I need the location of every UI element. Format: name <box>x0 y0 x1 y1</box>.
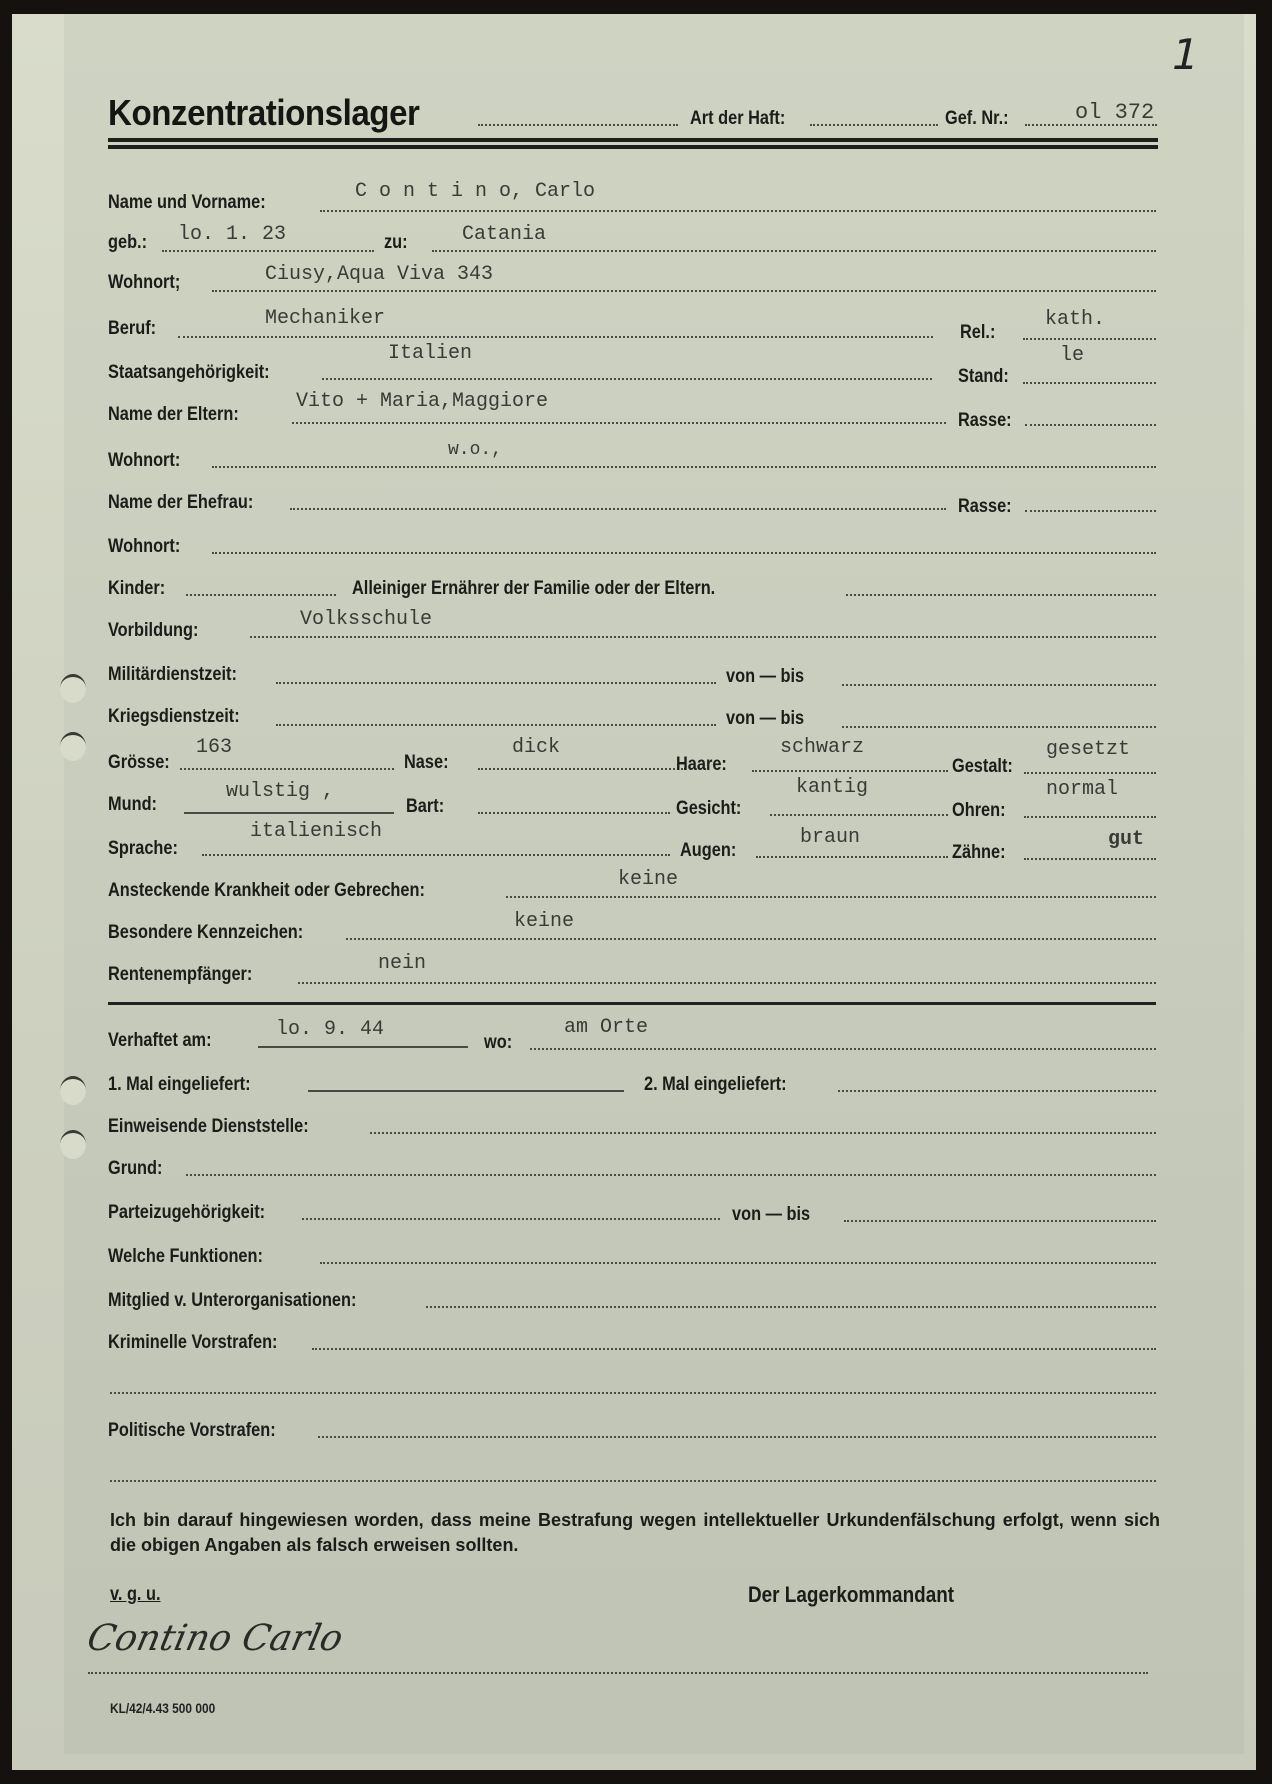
kriegsdienstzeit-line[interactable] <box>276 724 716 726</box>
eltern-wohnort-label: Wohnort: <box>108 450 180 472</box>
rente-label: Rentenempfänger: <box>108 964 252 986</box>
zaehne-line <box>1024 858 1156 860</box>
art-der-haft-field[interactable] <box>810 124 938 126</box>
rasse-line[interactable] <box>1025 424 1156 426</box>
krieg-von-bis-line[interactable] <box>842 726 1156 728</box>
vorbildung-line <box>250 636 1156 638</box>
beruf-label: Beruf: <box>108 318 156 340</box>
funktionen-label: Welche Funktionen: <box>108 1246 263 1268</box>
gestalt-label: Gestalt: <box>952 756 1013 778</box>
ohren-line <box>1024 816 1156 818</box>
ernaehrer-line[interactable] <box>846 594 1156 596</box>
partei-label: Parteizugehörigkeit: <box>108 1202 265 1224</box>
ehefrau-line[interactable] <box>290 508 946 510</box>
ehefrau-rasse-label: Rasse: <box>958 496 1012 518</box>
militaer-von-bis-label: von — bis <box>726 666 804 688</box>
staatsangehoerigkeit-label: Staatsangehörigkeit: <box>108 362 270 384</box>
art-der-haft-label: Art der Haft: <box>690 108 785 130</box>
funktionen-line[interactable] <box>320 1262 1156 1264</box>
gesicht-value[interactable]: kantig <box>796 776 868 799</box>
kriminelle-line-1[interactable] <box>312 1348 1156 1350</box>
militaerdienstzeit-line[interactable] <box>276 682 716 684</box>
punch-hole <box>60 1076 86 1105</box>
bart-line[interactable] <box>478 812 670 814</box>
groesse-line <box>180 768 394 770</box>
kennzeichen-line <box>346 938 1156 940</box>
zu-line <box>432 250 1156 252</box>
unterorg-label: Mitglied v. Unterorganisationen: <box>108 1290 356 1312</box>
stand-value[interactable]: le <box>1060 344 1084 367</box>
militaer-von-bis-line[interactable] <box>842 684 1156 686</box>
rente-line <box>298 982 1156 984</box>
staatsangehoerigkeit-line <box>322 378 932 380</box>
grund-line[interactable] <box>186 1174 1156 1176</box>
nase-label: Nase: <box>404 752 449 774</box>
verhaftet-label: Verhaftet am: <box>108 1030 212 1052</box>
wohnort-value[interactable]: Ciusy,Aqua Viva 343 <box>265 263 493 286</box>
mund-line <box>184 812 394 814</box>
wo-line <box>530 1048 1156 1050</box>
gesicht-line <box>770 814 948 816</box>
rente-value[interactable]: nein <box>378 952 426 975</box>
rel-value[interactable]: kath. <box>1045 308 1105 331</box>
krankheit-label: Ansteckende Krankheit oder Gebrechen: <box>108 880 425 902</box>
nase-line <box>478 768 686 770</box>
partei-line[interactable] <box>302 1218 720 1220</box>
ehefrau-rasse-line[interactable] <box>1025 510 1156 512</box>
verhaftet-line <box>258 1046 468 1048</box>
wo-value[interactable]: am Orte <box>564 1016 648 1039</box>
geb-line <box>162 250 374 252</box>
kennzeichen-value[interactable]: keine <box>514 910 574 933</box>
mal2-label: 2. Mal eingeliefert: <box>644 1074 787 1096</box>
verhaftet-value[interactable]: lo. 9. 44 <box>276 1018 384 1041</box>
stand-label: Stand: <box>958 366 1009 388</box>
mund-value[interactable]: wulstig , <box>226 780 334 803</box>
vorbildung-value[interactable]: Volksschule <box>300 608 432 631</box>
sprache-label: Sprache: <box>108 838 178 860</box>
wohnort-line <box>212 290 1156 292</box>
wo-label: wo: <box>484 1032 512 1054</box>
ohren-label: Ohren: <box>952 800 1006 822</box>
punch-hole <box>60 1130 86 1159</box>
gestalt-value[interactable]: gesetzt <box>1046 738 1130 761</box>
groesse-value[interactable]: 163 <box>196 736 232 759</box>
name-label: Name und Vorname: <box>108 192 266 214</box>
unterorg-line[interactable] <box>426 1306 1156 1308</box>
eltern-label: Name der Eltern: <box>108 404 239 426</box>
zaehne-value[interactable]: gut <box>1108 828 1144 851</box>
zu-label: zu: <box>384 232 408 254</box>
zaehne-label: Zähne: <box>952 842 1006 864</box>
eltern-value[interactable]: Vito + Maria,Maggiore <box>296 390 548 413</box>
geb-value[interactable]: lo. 1. 23 <box>178 223 286 246</box>
punch-hole <box>60 674 86 703</box>
wohnort-label: Wohnort; <box>108 272 180 294</box>
kinder-line[interactable] <box>186 594 336 596</box>
eltern-wohnort-value[interactable]: w.o., <box>448 440 502 460</box>
augen-label: Augen: <box>680 840 736 862</box>
mal1-line[interactable] <box>308 1090 624 1092</box>
kinder-label: Kinder: <box>108 578 165 600</box>
name-value[interactable]: C o n t i n o, Carlo <box>355 180 595 203</box>
zu-value[interactable]: Catania <box>462 223 546 246</box>
vorbildung-label: Vorbildung: <box>108 620 198 642</box>
name-line <box>320 210 1156 212</box>
sprache-value[interactable]: italienisch <box>250 820 382 843</box>
kennzeichen-label: Besondere Kennzeichen: <box>108 922 303 944</box>
haare-label: Haare: <box>676 754 727 776</box>
dienststelle-line[interactable] <box>370 1132 1156 1134</box>
partei-von-bis-line[interactable] <box>844 1220 1156 1222</box>
augen-line <box>756 856 948 858</box>
header-double-rule <box>108 138 1158 149</box>
augen-value[interactable]: braun <box>800 826 860 849</box>
ehefrau-wohnort-label: Wohnort: <box>108 536 180 558</box>
signature-line[interactable] <box>88 1672 1148 1674</box>
title-dotted-line <box>478 124 678 126</box>
krankheit-value[interactable]: keine <box>618 868 678 891</box>
mal1-label: 1. Mal eingeliefert: <box>108 1074 251 1096</box>
ohren-value[interactable]: normal <box>1046 778 1118 801</box>
gesicht-label: Gesicht: <box>676 798 741 820</box>
politische-line-1[interactable] <box>318 1436 1156 1438</box>
ernaehrer-label: Alleiniger Ernährer der Familie oder der… <box>352 578 715 600</box>
gestalt-line <box>1024 772 1156 774</box>
groesse-label: Grösse: <box>108 752 170 774</box>
rel-label: Rel.: <box>960 322 995 344</box>
eltern-wohnort-line <box>212 466 1156 468</box>
partei-von-bis-label: von — bis <box>732 1204 810 1226</box>
politische-line-2[interactable] <box>110 1480 1156 1482</box>
kriegsdienstzeit-label: Kriegsdienstzeit: <box>108 706 240 728</box>
eltern-line <box>292 422 946 424</box>
kriminelle-line-2[interactable] <box>110 1392 1156 1394</box>
militaerdienstzeit-label: Militärdienstzeit: <box>108 664 237 686</box>
ehefrau-label: Name der Ehefrau: <box>108 492 253 514</box>
nase-value[interactable]: dick <box>512 736 560 759</box>
staatsangehoerigkeit-value[interactable]: Italien <box>388 342 472 365</box>
haare-line <box>752 770 948 772</box>
beruf-value[interactable]: Mechaniker <box>265 307 385 330</box>
mund-label: Mund: <box>108 794 157 816</box>
haare-value[interactable]: schwarz <box>780 736 864 759</box>
mal2-line[interactable] <box>838 1090 1156 1092</box>
stand-line <box>1023 382 1156 384</box>
rasse-label: Rasse: <box>958 410 1012 432</box>
bart-label: Bart: <box>406 796 444 818</box>
krieg-von-bis-label: von — bis <box>726 708 804 730</box>
ehefrau-wohnort-line[interactable] <box>212 552 1156 554</box>
beruf-line <box>178 336 933 338</box>
grund-label: Grund: <box>108 1158 162 1180</box>
krankheit-line <box>506 896 1156 898</box>
geb-label: geb.: <box>108 232 147 254</box>
prisoner-signature: Contino Carlo <box>84 1618 347 1659</box>
sprache-line <box>202 854 670 856</box>
gef-nr-label: Gef. Nr.: <box>945 108 1009 130</box>
vgu-label: v. g. u. <box>110 1584 161 1606</box>
lagerkommandant-label: Der Lagerkommandant <box>748 1582 954 1608</box>
form-title: Konzentrationslager <box>108 92 419 134</box>
section-divider <box>108 1002 1156 1005</box>
kriminelle-label: Kriminelle Vorstrafen: <box>108 1332 278 1354</box>
form-code: KL/42/4.43 500 000 <box>110 1700 215 1716</box>
politische-label: Politische Vorstrafen: <box>108 1420 276 1442</box>
gef-nr-value[interactable]: ol 372 <box>1075 100 1154 125</box>
punch-hole <box>60 732 86 761</box>
declaration-text: Ich bin darauf hingewiesen worden, dass … <box>110 1508 1160 1558</box>
dienststelle-label: Einweisende Dienststelle: <box>108 1116 309 1138</box>
rel-line <box>1023 338 1156 340</box>
